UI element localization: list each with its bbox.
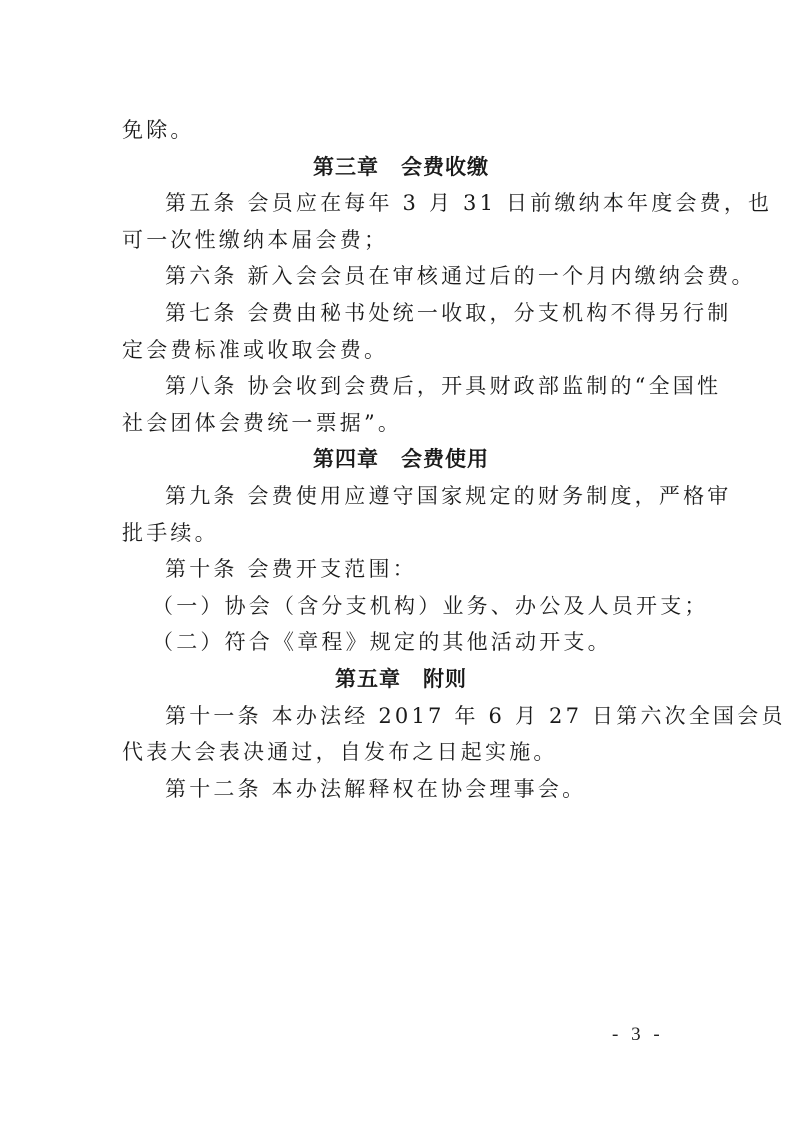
chapter-number: 第四章 bbox=[313, 447, 379, 471]
chapter-title: 会费使用 bbox=[401, 447, 489, 471]
chapter-number: 第五章 bbox=[335, 667, 401, 691]
chapter-title: 附则 bbox=[423, 667, 467, 691]
article-5-line-1: 第五条 会员应在每年 3 月 31 日前缴纳本年度会费，也 bbox=[122, 185, 680, 222]
article-8-line-2: 社会团体会费统一票据”。 bbox=[122, 405, 680, 442]
article-6: 第六条 新入会会员在审核通过后的一个月内缴纳会费。 bbox=[122, 258, 680, 295]
document-page: 免除。 第三章会费收缴 第五条 会员应在每年 3 月 31 日前缴纳本年度会费，… bbox=[122, 112, 680, 807]
chapter-heading: 第五章附则 bbox=[122, 661, 680, 698]
article-5-line-2: 可一次性缴纳本届会费； bbox=[122, 222, 680, 259]
article-11-line-2: 代表大会表决通过，自发布之日起实施。 bbox=[122, 734, 680, 771]
article-9-line-2: 批手续。 bbox=[122, 515, 680, 552]
article-7-line-2: 定会费标准或收取会费。 bbox=[122, 332, 680, 369]
chapter-number: 第三章 bbox=[313, 155, 379, 179]
article-12: 第十二条 本办法解释权在协会理事会。 bbox=[122, 771, 680, 808]
list-item: （一）协会（含分支机构）业务、办公及人员开支； bbox=[122, 588, 680, 625]
article-11-line-1: 第十一条 本办法经 2017 年 6 月 27 日第六次全国会员 bbox=[122, 698, 680, 735]
chapter-heading: 第三章会费收缴 bbox=[122, 149, 680, 186]
article-8-line-1: 第八条 协会收到会费后，开具财政部监制的“全国性 bbox=[122, 368, 680, 405]
page-number: - 3 - bbox=[612, 1024, 664, 1046]
list-item: （二）符合《章程》规定的其他活动开支。 bbox=[122, 624, 680, 661]
article-9-line-1: 第九条 会费使用应遵守国家规定的财务制度，严格审 bbox=[122, 478, 680, 515]
article-7-line-1: 第七条 会费由秘书处统一收取，分支机构不得另行制 bbox=[122, 295, 680, 332]
paragraph-line: 免除。 bbox=[122, 112, 680, 149]
chapter-title: 会费收缴 bbox=[401, 155, 489, 179]
chapter-heading: 第四章会费使用 bbox=[122, 441, 680, 478]
article-10: 第十条 会费开支范围： bbox=[122, 551, 680, 588]
